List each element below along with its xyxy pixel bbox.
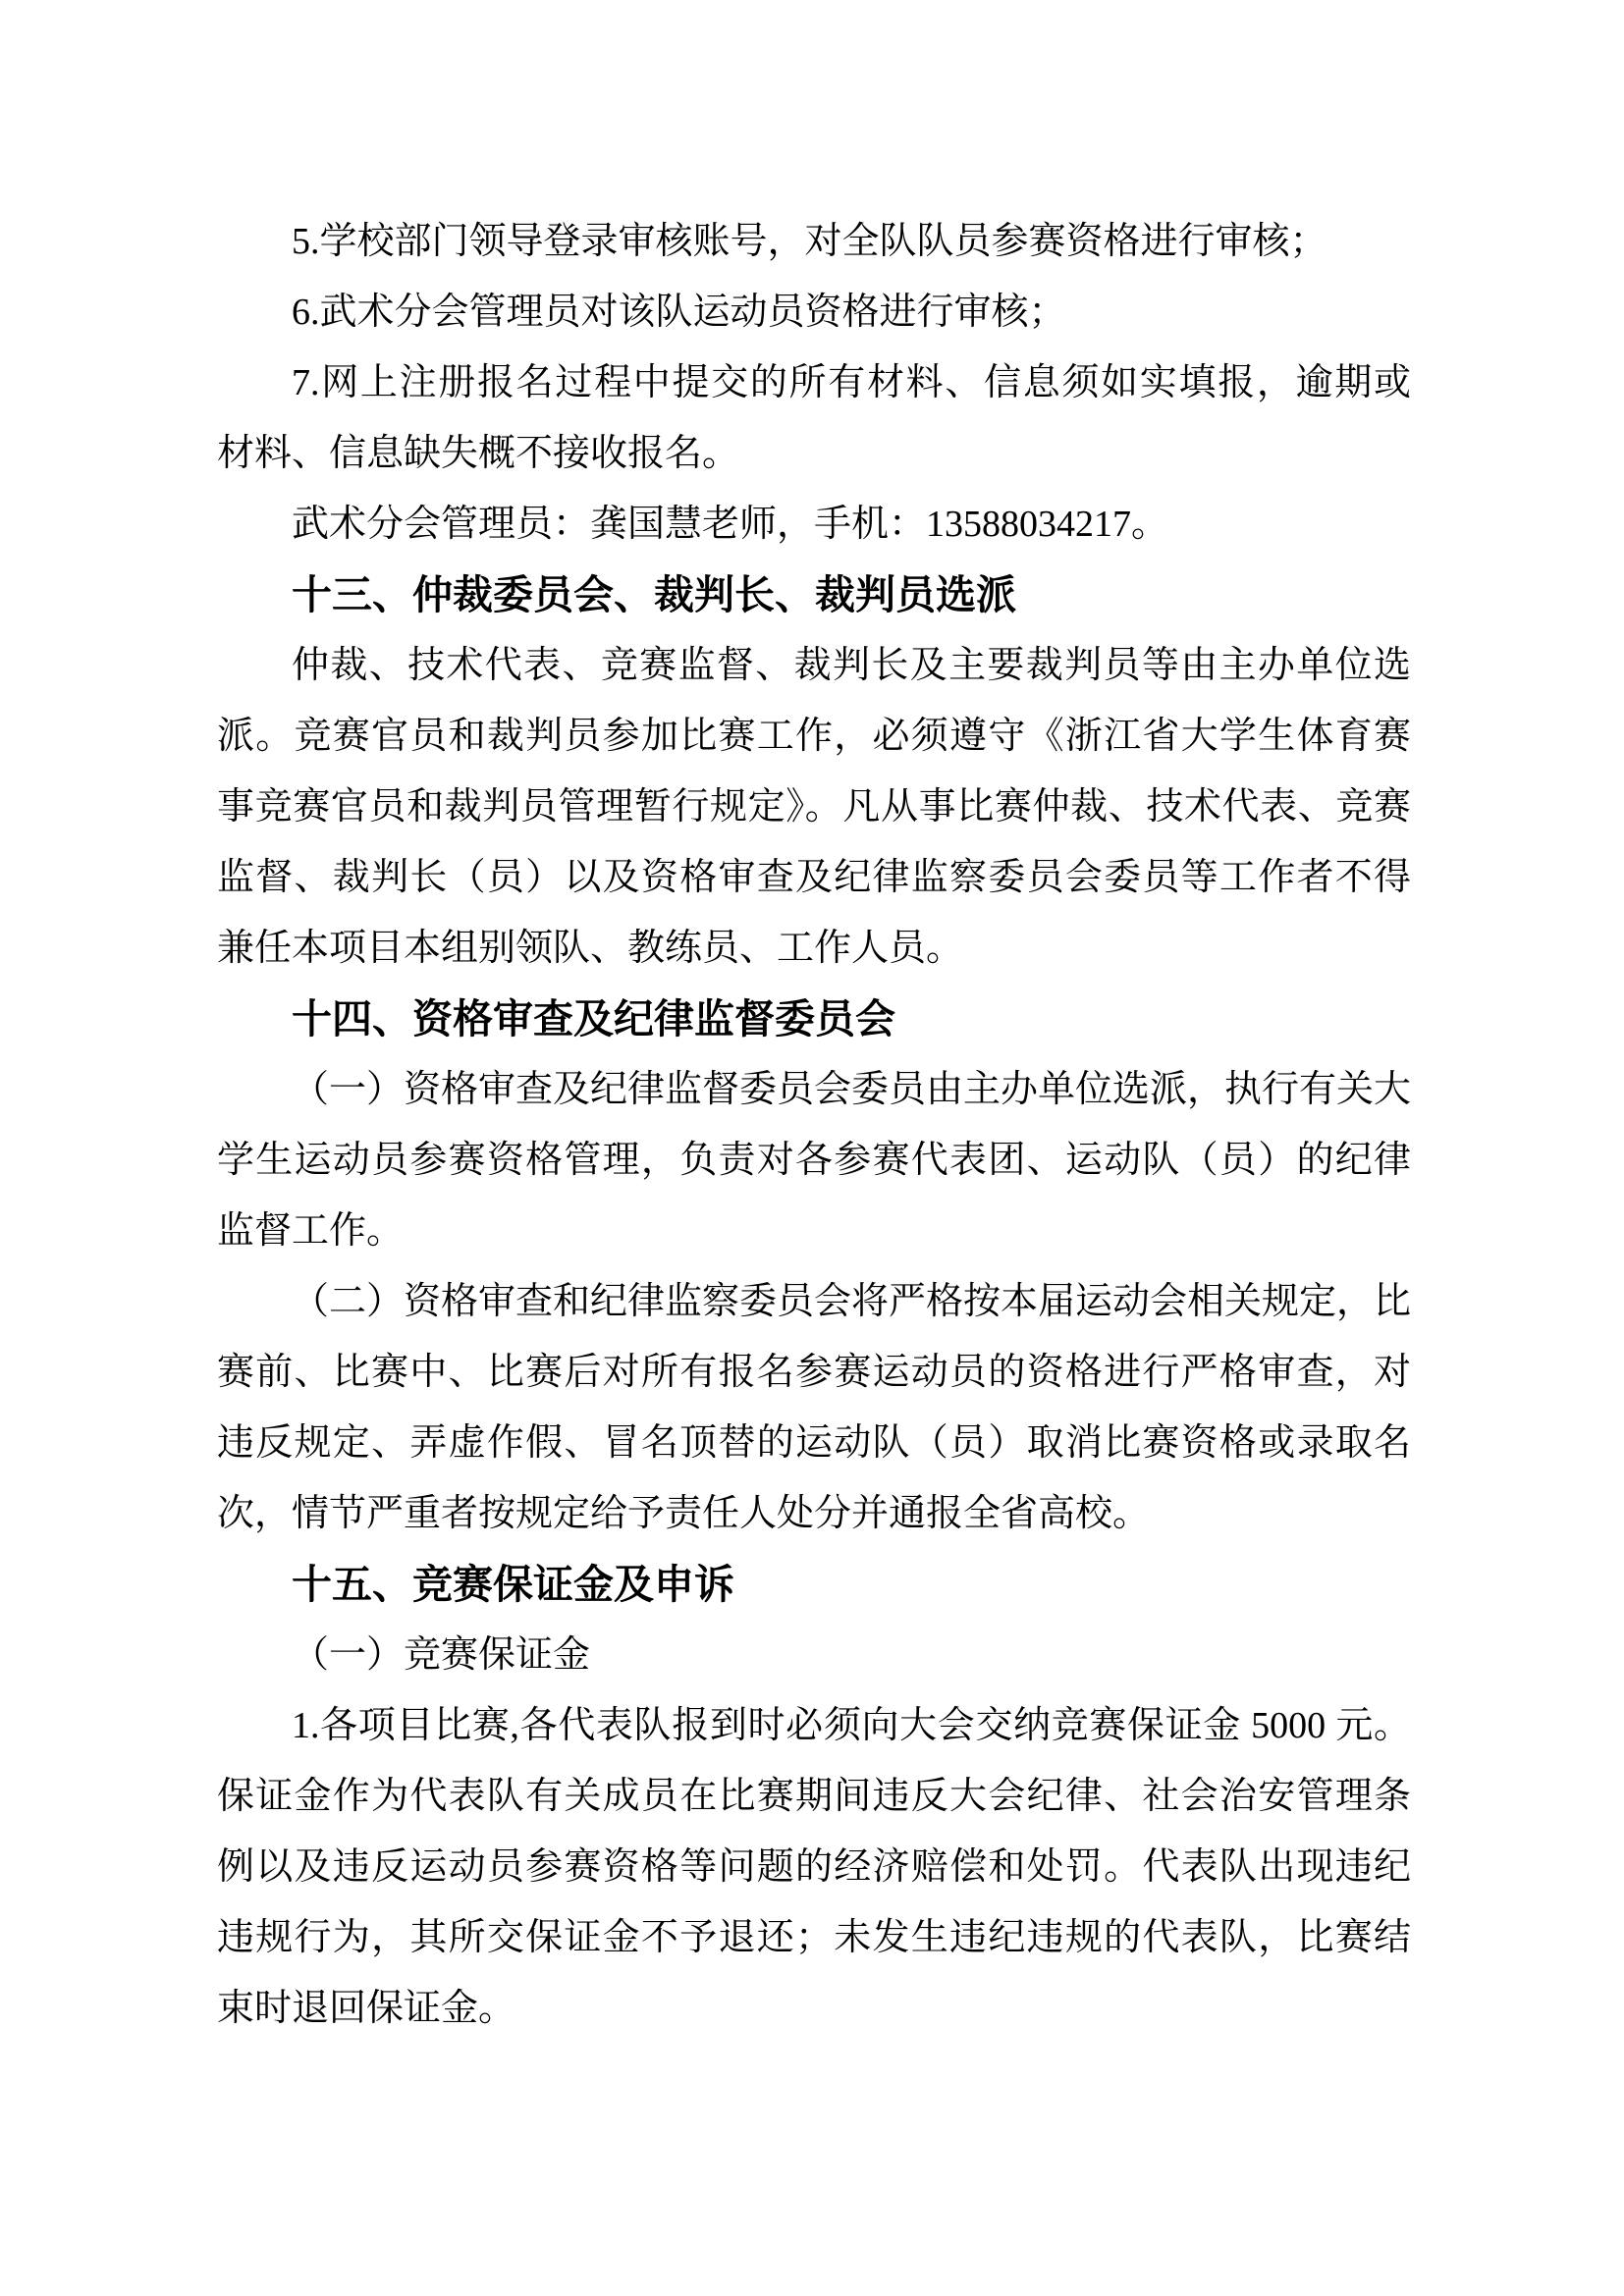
doc-line: 6.武术分会管理员对该队运动员资格进行审核； xyxy=(217,277,1411,347)
doc-line: 1.各项目比赛,各代表队报到时必须向大会交纳竞赛保证金 5000 元。 xyxy=(217,1690,1411,1761)
doc-line: 5.学校部门领导登录审核账号，对全队队员参赛资格进行审核； xyxy=(217,206,1411,277)
doc-line: 违反规定、弄虚作假、冒名顶替的运动队（员）取消比赛资格或录取名 xyxy=(217,1408,1411,1478)
doc-line: （一）竞赛保证金 xyxy=(217,1620,1411,1690)
doc-line: 学生运动员参赛资格管理，负责对各参赛代表团、运动队（员）的纪律 xyxy=(217,1125,1411,1196)
doc-line: （一）资格审查及纪律监督委员会委员由主办单位选派，执行有关大 xyxy=(217,1054,1411,1125)
section-heading: 十四、资格审查及纪律监督委员会 xyxy=(217,984,1411,1054)
doc-line: 违规行为，其所交保证金不予退还；未发生违纪违规的代表队，比赛结 xyxy=(217,1902,1411,1973)
doc-line: 赛前、比赛中、比赛后对所有报名参赛运动员的资格进行严格审查，对 xyxy=(217,1337,1411,1408)
doc-line: 派。竞赛官员和裁判员参加比赛工作，必须遵守《浙江省大学生体育赛 xyxy=(217,701,1411,772)
doc-line: 例以及违反运动员参赛资格等问题的经济赔偿和处罚。代表队出现违纪 xyxy=(217,1832,1411,1902)
doc-line: 武术分会管理员：龚国慧老师，手机：13588034217。 xyxy=(217,489,1411,560)
section-heading: 十五、竞赛保证金及申诉 xyxy=(217,1549,1411,1620)
doc-line: 材料、信息缺失概不接收报名。 xyxy=(217,418,1411,489)
doc-line: 7.网上注册报名过程中提交的所有材料、信息须如实填报，逾期或 xyxy=(217,347,1411,418)
doc-line: 监督、裁判长（员）以及资格审查及纪律监察委员会委员等工作者不得 xyxy=(217,842,1411,913)
doc-line: 保证金作为代表队有关成员在比赛期间违反大会纪律、社会治安管理条 xyxy=(217,1761,1411,1832)
doc-line: 兼任本项目本组别领队、教练员、工作人员。 xyxy=(217,913,1411,984)
doc-line: 仲裁、技术代表、竞赛监督、裁判长及主要裁判员等由主办单位选 xyxy=(217,630,1411,701)
document-content: 5.学校部门领导登录审核账号，对全队队员参赛资格进行审核；6.武术分会管理员对该… xyxy=(217,206,1411,2044)
doc-line: 监督工作。 xyxy=(217,1196,1411,1266)
document-page: 5.学校部门领导登录审核账号，对全队队员参赛资格进行审核；6.武术分会管理员对该… xyxy=(0,0,1624,2296)
doc-line: 事竞赛官员和裁判员管理暂行规定》。凡从事比赛仲裁、技术代表、竞赛 xyxy=(217,772,1411,842)
doc-line: （二）资格审查和纪律监察委员会将严格按本届运动会相关规定，比 xyxy=(217,1266,1411,1337)
section-heading: 十三、仲裁委员会、裁判长、裁判员选派 xyxy=(217,560,1411,630)
doc-line: 束时退回保证金。 xyxy=(217,1973,1411,2044)
doc-line: 次，情节严重者按规定给予责任人处分并通报全省高校。 xyxy=(217,1478,1411,1549)
